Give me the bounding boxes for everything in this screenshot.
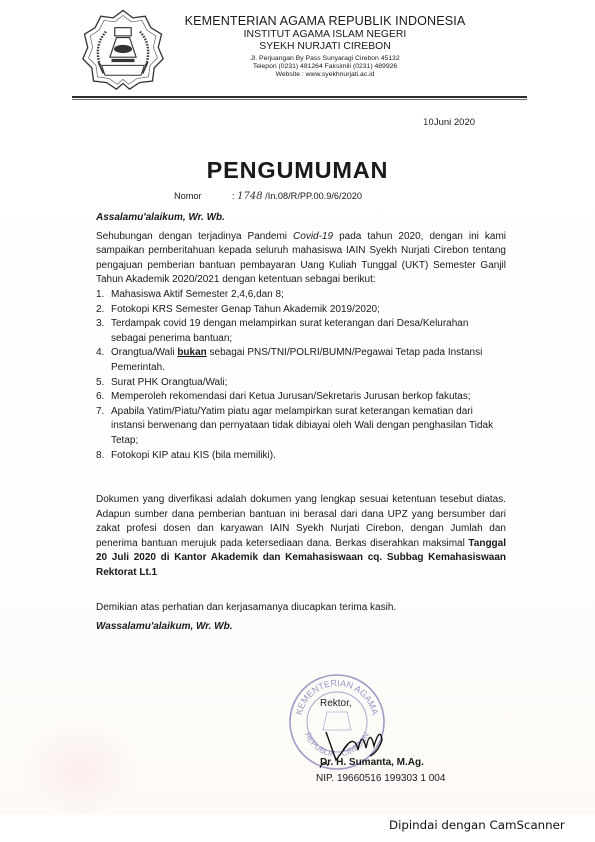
paper-stain <box>20 720 140 820</box>
requirement-number: 2. <box>96 303 104 318</box>
number-handwritten: 1748 <box>237 191 262 202</box>
svg-text:KEMENTERIAN AGAMA: KEMENTERIAN AGAMA <box>294 678 380 716</box>
date-month-year: Juni 2020 <box>434 117 475 128</box>
institute-name: INSTITUT AGAMA ISLAM NEGERI <box>175 29 475 41</box>
intro-text: Sehubungan dengan terjadinya Pandemi <box>96 231 293 242</box>
letter-body: Assalamu'alaikum, Wr. Wb. Sehubungan den… <box>96 211 506 635</box>
camscanner-footer: Dipindai dengan CamScanner <box>389 818 565 832</box>
document-title: PENGUMUMAN <box>0 157 595 184</box>
intro-paragraph: Sehubungan dengan terjadinya Pandemi Cov… <box>96 230 506 288</box>
phone: Telepon (0231) 481264 Faksimili (0231) 4… <box>175 63 475 71</box>
number-label: Nomor <box>174 191 232 201</box>
requirement-item: 4.Orangtua/Wali bukan sebagai PNS/TNI/PO… <box>96 346 506 375</box>
signatory-name: Dr. H. Sumanta, M.Ag. <box>320 757 424 768</box>
letterhead-rule-thin <box>72 99 527 100</box>
requirement-number: 4. <box>96 346 104 361</box>
requirement-number: 3. <box>96 317 104 332</box>
requirement-number: 1. <box>96 288 104 303</box>
documents-paragraph: Dokumen yang diverfikasi adalah dokumen … <box>96 493 506 581</box>
intro-covid: Covid-19 <box>293 231 333 242</box>
date-day-handwritten: 10 <box>423 118 434 128</box>
document-number: Nomor: 1748 /In.08/R/PP.00.9/6/2020 <box>174 191 362 202</box>
requirements-list: 1.Mahasiswa Aktif Semester 2,4,6,dan 8;2… <box>96 288 506 463</box>
requirement-number: 7. <box>96 405 104 420</box>
letter-date: 10Juni 2020 <box>423 117 475 128</box>
website: Website : www.syekhnurjati.ac.id <box>175 71 475 79</box>
signatory-position: Rektor, <box>320 698 352 709</box>
requirement-item: 2.Fotokopi KRS Semester Genap Tahun Akad… <box>96 303 506 318</box>
number-code: /In.08/R/PP.00.9/6/2020 <box>265 191 362 201</box>
letterhead: KEMENTERIAN AGAMA REPUBLIK INDONESIA INS… <box>175 14 475 80</box>
requirement-number: 6. <box>96 390 104 405</box>
requirement-item: 1.Mahasiswa Aktif Semester 2,4,6,dan 8; <box>96 288 506 303</box>
closing-sentence: Demikian atas perhatian dan kerjasamanya… <box>96 601 506 616</box>
address: Jl. Perjuangan By Pass Sunyaragi Cirebon… <box>175 55 475 63</box>
ministry-name: KEMENTERIAN AGAMA REPUBLIK INDONESIA <box>175 14 475 29</box>
requirement-item: 5.Surat PHK Orangtua/Wali; <box>96 376 506 391</box>
letterhead-rule <box>72 96 527 98</box>
iain-emblem-icon <box>82 8 164 90</box>
documents-text: Dokumen yang diverfikasi adalah dokumen … <box>96 494 506 549</box>
requirement-number: 5. <box>96 376 104 391</box>
requirement-item: 6.Memperoleh rekomendasi dari Ketua Juru… <box>96 390 506 405</box>
number-separator: : <box>232 191 235 201</box>
requirement-number: 8. <box>96 449 104 464</box>
requirement-item: 3.Terdampak covid 19 dengan melampirkan … <box>96 317 506 346</box>
requirement-item: 7.Apabila Yatim/Piatu/Yatim piatu agar m… <box>96 405 506 449</box>
campus-name: SYEKH NURJATI CIREBON <box>175 41 475 53</box>
farewell: Wassalamu'alaikum, Wr. Wb. <box>96 620 506 635</box>
requirement-item: 8.Fotokopi KIP atau KIS (bila memiliki). <box>96 449 506 464</box>
requirement-emphasis: bukan <box>177 347 206 358</box>
greeting: Assalamu'alaikum, Wr. Wb. <box>96 211 506 226</box>
scan-mark: · <box>34 360 36 366</box>
signatory-nip: NIP. 19660516 199303 1 004 <box>316 773 445 784</box>
